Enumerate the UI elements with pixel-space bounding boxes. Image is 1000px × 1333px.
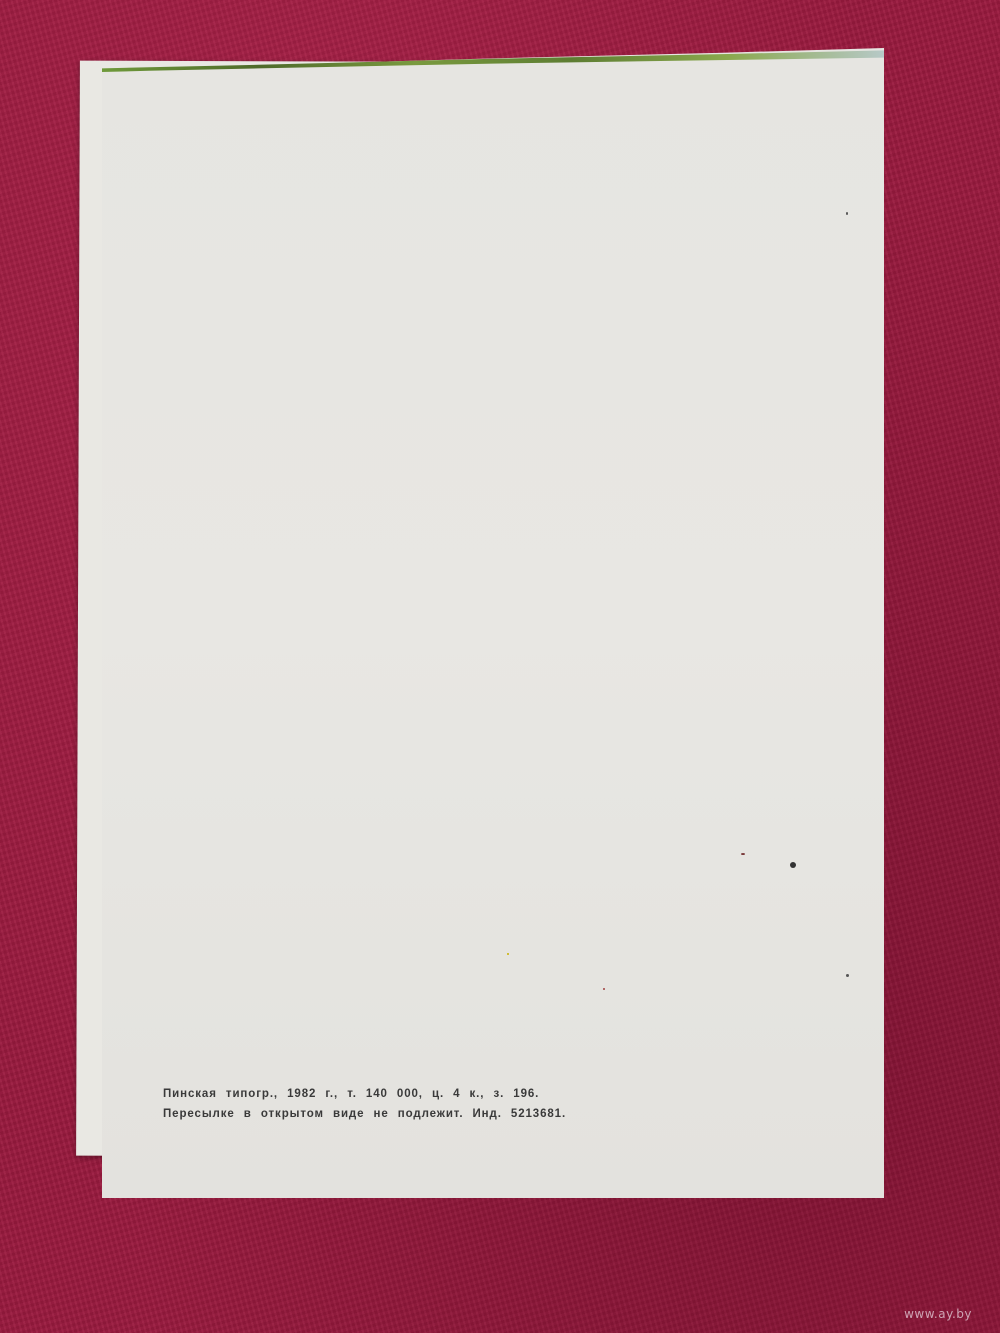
imprint-line-1: Пинская типогр., 1982 г., т. 140 000, ц.…	[163, 1084, 566, 1104]
postcard-back	[102, 48, 884, 1198]
watermark: www.ay.by	[904, 1307, 972, 1321]
dust-speck	[846, 212, 848, 215]
dust-speck	[507, 953, 509, 955]
dust-speck	[603, 988, 605, 990]
printer-imprint: Пинская типогр., 1982 г., т. 140 000, ц.…	[163, 1084, 566, 1124]
dust-speck	[790, 862, 796, 868]
dust-speck	[846, 974, 849, 977]
dust-speck	[741, 853, 745, 855]
imprint-line-2: Пересылке в открытом виде не подлежит. И…	[163, 1104, 566, 1124]
